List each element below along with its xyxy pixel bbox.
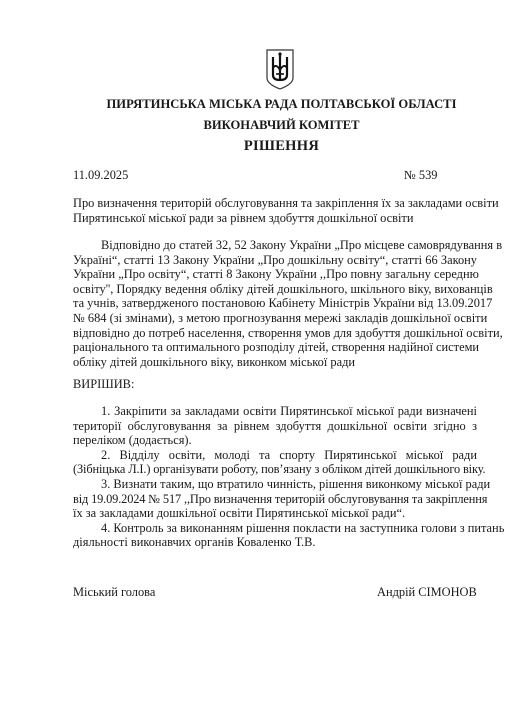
signature-position: Міський голова (73, 585, 155, 600)
preamble: Відповідно до статей 32, 52 Закону Украї… (73, 238, 477, 369)
decision-number: № 539 (404, 168, 438, 183)
item-2-line: (Зібніцька Л.І.) організувати роботу, по… (73, 462, 477, 477)
preamble-line: Відповідно до статей 32, 52 Закону Украї… (73, 238, 477, 253)
subject-line: Про визначення територій обслуговування … (73, 196, 477, 211)
document-type: РІШЕННЯ (0, 138, 513, 155)
signature-name: Андрій СІМОНОВ (377, 585, 477, 600)
preamble-line: освіту'', Порядку ведення обліку дітей д… (73, 282, 477, 297)
subject-line: Пирятинської міської ради за рівнем здоб… (73, 211, 477, 226)
item-1-line: території обслуговування за рівнем здобу… (73, 419, 477, 434)
decision-subject: Про визначення територій обслуговування … (73, 196, 477, 225)
item-2-line: 2. Відділу освіти, молоді та спорту Пиря… (73, 448, 477, 463)
council-name: ПИРЯТИНСЬКА МІСЬКА РАДА ПОЛТАВСЬКОЇ ОБЛА… (0, 97, 513, 112)
item-3-line: їх за закладами дошкільної освіти Пиряти… (73, 506, 477, 521)
committee-name: ВИКОНАВЧИЙ КОМІТЕТ (0, 118, 513, 133)
preamble-line: обліку дітей дошкільного віку, виконком … (73, 355, 477, 370)
decision-date: 11.09.2025 (73, 168, 128, 183)
item-4-line: 4. Контроль за виконанням рішення поклас… (73, 521, 477, 536)
item-3-line: від 19.09.2024 № 517 ,,Про визначення те… (73, 492, 477, 507)
preamble-line: відповідно до потреб населення, створенн… (73, 326, 477, 341)
preamble-line: раціонального та оптимального розподілу … (73, 340, 477, 355)
ukraine-coat-of-arms-icon (265, 48, 295, 90)
preamble-line: та учнів, затвердженого постановою Кабін… (73, 296, 477, 311)
resolution-items: 1. Закріпити за закладами освіти Пирятин… (73, 404, 477, 550)
resolved-label: ВИРІШИВ: (73, 377, 134, 392)
preamble-line: № 684 (зі змінами), з метою прогнозуванн… (73, 311, 477, 326)
preamble-line: України „Про освіту“, статті 8 Закону Ук… (73, 267, 477, 282)
item-4-line: діяльності виконавчих органів Коваленко … (73, 535, 477, 550)
item-3-line: 3. Визнати таким, що втратило чинність, … (73, 477, 477, 492)
item-1-line: переліком (додається). (73, 433, 477, 448)
preamble-line: Україні“, статті 13 Закону України „Про … (73, 253, 477, 268)
item-1-line: 1. Закріпити за закладами освіти Пирятин… (73, 404, 477, 419)
